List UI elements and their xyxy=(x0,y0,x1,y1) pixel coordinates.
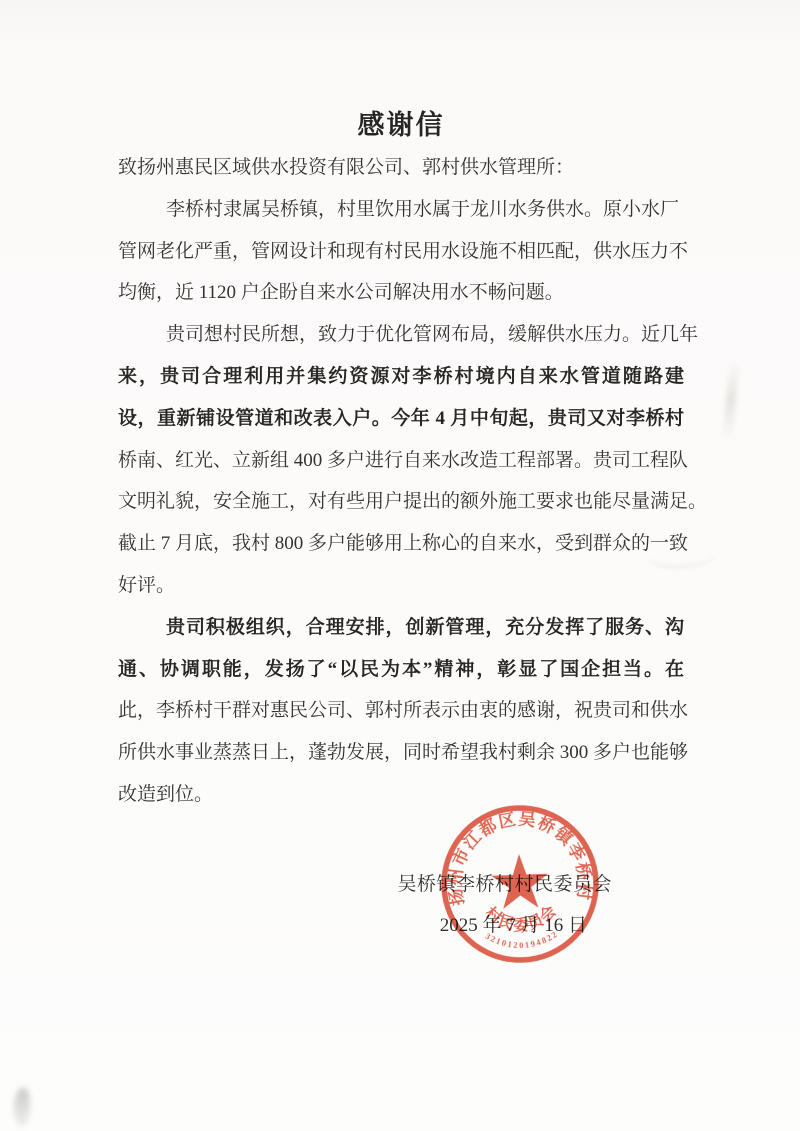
body-line: 贵司积极组织，合理安排，创新管理，充分发挥了服务、沟 xyxy=(118,607,684,649)
seal-star-icon xyxy=(490,853,549,909)
seal-graphics: 扬州市江都区吴桥镇李桥村 村民委员会 3210120194822 xyxy=(441,805,598,962)
scan-smudge xyxy=(14,1088,30,1126)
body-line: 来，贵司合理利用并集约资源对李桥村境内自来水管道随路建 xyxy=(118,356,684,398)
body-line: 截止 7 月底，我村 800 多户能够用上称心的自来水，受到群众的一致 xyxy=(118,523,684,565)
body-line: 李桥村隶属吴桥镇，村里饮用水属于龙川水务供水。原小水厂 xyxy=(118,189,684,231)
body-line: 桥南、红光、立新组 400 多户进行自来水改造工程部署。贵司工程队 xyxy=(118,440,684,482)
scan-crease xyxy=(722,360,740,441)
body-line: 贵司想村民所想，致力于优化管网布局，缓解供水压力。近几年 xyxy=(118,314,684,356)
body-line: 通、协调职能，发扬了“以民为本”精神，彰显了国企担当。在 xyxy=(118,649,684,691)
body-line: 好评。 xyxy=(118,565,684,607)
body-line: 此，李桥村干群对惠民公司、郭村所表示由衷的感谢，祝贵司和供水 xyxy=(118,690,684,732)
scan-crease xyxy=(648,540,718,568)
body-line: 均衡，近 1120 户企盼自来水公司解决用水不畅问题。 xyxy=(118,272,684,314)
salutation-line: 致扬州惠民区域供水投资有限公司、郭村供水管理所： xyxy=(118,147,684,189)
letter-body: 致扬州惠民区域供水投资有限公司、郭村供水管理所： 李桥村隶属吴桥镇，村里饮用水属… xyxy=(118,147,684,816)
body-line: 文明礼貌，安全施工，对有些用户提出的额外施工要求也能尽量满足。 xyxy=(118,481,684,523)
letter-title: 感谢信 xyxy=(118,103,684,142)
body-line: 所供水事业蒸蒸日上，蓬勃发展，同时希望我村剩余 300 多户也能够 xyxy=(118,732,684,774)
body-line: 设，重新铺设管道和改表入户。今年 4 月中旬起，贵司又对李桥村 xyxy=(118,398,684,440)
body-line: 管网老化严重，管网设计和现有村民用水设施不相匹配，供水压力不 xyxy=(118,231,684,273)
seal-inner-text-container: 村民委员会 xyxy=(481,900,561,935)
scanned-letter-page: 感谢信 致扬州惠民区域供水投资有限公司、郭村供水管理所： 李桥村隶属吴桥镇，村里… xyxy=(0,0,800,1131)
official-seal: 扬州市江都区吴桥镇李桥村 村民委员会 3210120194822 xyxy=(417,781,624,988)
seal-inner-text: 村民委员会 xyxy=(481,900,561,935)
